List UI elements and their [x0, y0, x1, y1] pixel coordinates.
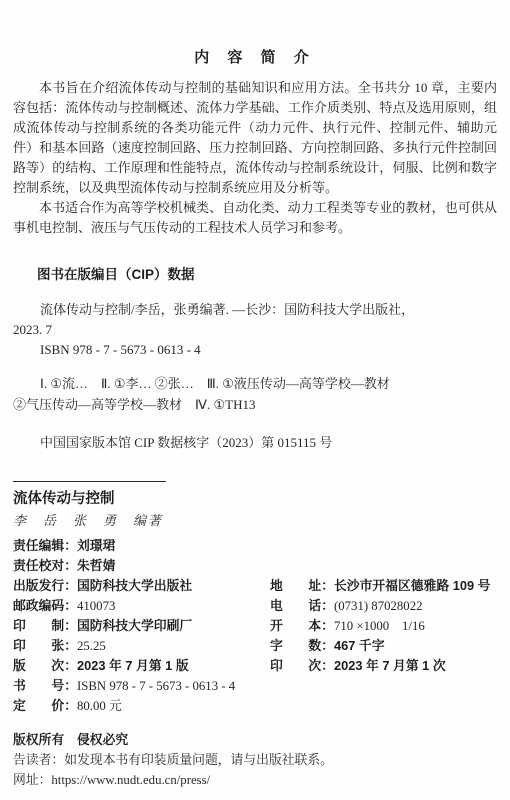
colophon-label: 出版发行：: [13, 578, 77, 593]
colophon-label: 印 张：: [13, 638, 77, 653]
colophon-value: 467 千字: [334, 638, 385, 653]
colophon-label: 版 次：: [13, 658, 77, 673]
cip-class-line-1: Ⅰ. ①流… Ⅱ. ①李… ②张… Ⅲ. ①液压传动—高等学校—教材: [13, 373, 497, 394]
colophon-row: 印 张：25.25 字 数：467 千字: [13, 636, 497, 656]
colophon-value: 长沙市开福区德雅路 109 号: [334, 578, 490, 593]
cip-registry-line: 中国国家版本馆 CIP 数据核字（2023）第 015115 号: [13, 433, 497, 453]
publisher-website: 网址：https://www.nudt.edu.cn/press/: [13, 770, 497, 790]
colophon-value: 2023 年 7 月第 1 版: [77, 658, 189, 673]
colophon-label: 字 数：: [270, 638, 334, 653]
colophon-value: 国防科技大学出版社: [77, 578, 192, 593]
copyright-notice: 版权所有 侵权必究: [13, 730, 497, 750]
divider-rule: [13, 481, 166, 482]
colophon-label: 印 制：: [13, 618, 77, 633]
colophon-row: 责任校对：朱哲婧: [13, 556, 497, 576]
colophon-value: 80.00 元: [77, 699, 122, 713]
colophon-row: 印 制：国防科技大学印刷厂 开 本：710 ×1000 1/16: [13, 616, 497, 636]
colophon-label: 电 话：: [270, 598, 334, 613]
colophon-row: 版 次：2023 年 7 月第 1 版 印 次：2023 年 7 月第 1 次: [13, 656, 497, 676]
book-title: 流体传动与控制: [13, 490, 497, 509]
colophon-row: 书 号：ISBN 978 - 7 - 5673 - 0613 - 4: [13, 676, 497, 696]
colophon-value: 410073: [77, 599, 115, 613]
copyright-page: 内 容 简 介 本书旨在介绍流体传动与控制的基础知识和应用方法。全书共分 10 …: [0, 0, 510, 800]
colophon-value: 刘璟珺: [77, 538, 115, 553]
colophon-label: 邮政编码：: [13, 598, 77, 613]
intro-paragraph-1: 本书旨在介绍流体传动与控制的基础知识和应用方法。全书共分 10 章，主要内容包括…: [13, 78, 497, 198]
colophon-label: 责任编辑：: [13, 538, 77, 553]
cip-record-block: 流体传动与控制/李岳，张勇编著. —长沙：国防科技大学出版社， 2023. 7 …: [13, 300, 497, 360]
colophon-row: 定 价：80.00 元: [13, 696, 497, 716]
cip-class-line-2: ②气压传动—高等学校—教材 Ⅳ. ①TH13: [13, 394, 497, 415]
colophon-label: 书 号：: [13, 678, 77, 693]
reader-notice: 告读者：如发现本书有印装质量问题，请与出版社联系。: [13, 750, 497, 770]
colophon-label: 定 价：: [13, 698, 77, 713]
cip-isbn-line: ISBN 978 - 7 - 5673 - 0613 - 4: [13, 340, 497, 360]
colophon-label: 责任校对：: [13, 558, 77, 573]
colophon-value: 25.25: [77, 639, 106, 653]
colophon-value: 710 ×1000 1/16: [334, 619, 425, 633]
intro-block: 本书旨在介绍流体传动与控制的基础知识和应用方法。全书共分 10 章，主要内容包括…: [13, 78, 497, 238]
colophon-value: 朱哲婧: [77, 558, 115, 573]
cip-record-line-2: 2023. 7: [13, 320, 497, 340]
colophon-label: 地 址：: [270, 578, 334, 593]
cip-header: 图书在版编目（CIP）数据: [13, 263, 497, 283]
colophon-label: 开 本：: [270, 618, 334, 633]
colophon-value: 2023 年 7 月第 1 次: [334, 658, 446, 673]
section-title: 内 容 简 介: [13, 46, 497, 67]
cip-record-line-1: 流体传动与控制/李岳，张勇编著. —长沙：国防科技大学出版社，: [13, 300, 497, 320]
colophon-block: 责任编辑：刘璟珺 责任校对：朱哲婧 出版发行：国防科技大学出版社 地 址：长沙市…: [13, 536, 497, 716]
footer-block: 版权所有 侵权必究 告读者：如发现本书有印装质量问题，请与出版社联系。 网址：h…: [13, 730, 497, 790]
colophon-label: 印 次：: [270, 658, 334, 673]
colophon-row: 责任编辑：刘璟珺: [13, 536, 497, 556]
colophon-value: 国防科技大学印刷厂: [77, 618, 192, 633]
book-authors: 李 岳 张 勇 编著: [13, 512, 497, 530]
cip-classification-block: Ⅰ. ①流… Ⅱ. ①李… ②张… Ⅲ. ①液压传动—高等学校—教材 ②气压传动…: [13, 373, 497, 415]
colophon-row: 邮政编码：410073 电 话：(0731) 87028022: [13, 596, 497, 616]
intro-paragraph-2: 本书适合作为高等学校机械类、自动化类、动力工程类等专业的教材，也可供从事机电控制…: [13, 198, 497, 238]
colophon-value: (0731) 87028022: [334, 599, 423, 613]
colophon-row: 出版发行：国防科技大学出版社 地 址：长沙市开福区德雅路 109 号: [13, 576, 497, 596]
colophon-value: ISBN 978 - 7 - 5673 - 0613 - 4: [77, 679, 235, 693]
